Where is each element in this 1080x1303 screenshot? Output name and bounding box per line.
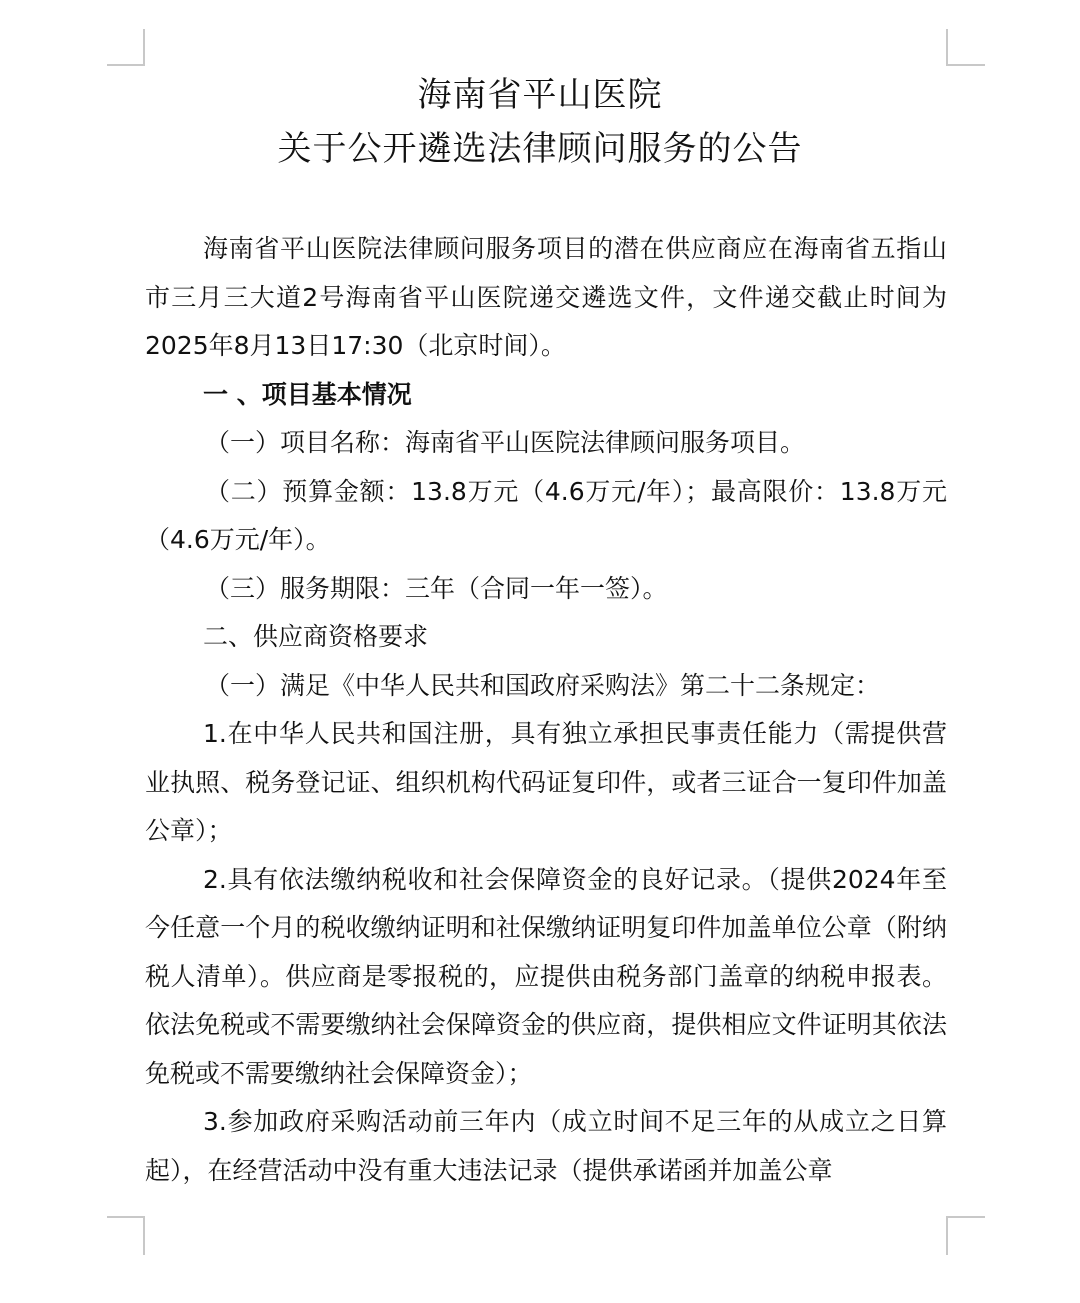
page-corner-mark-bottom-left <box>107 1216 145 1255</box>
document-body: 海南省平山医院法律顾问服务项目的潜在供应商应在海南省五指山市三月三大道2号海南省… <box>145 225 947 1195</box>
requirement-3: 3.参加政府采购活动前三年内（成立时间不足三年的从成立之日算起），在经营活动中没… <box>145 1098 947 1195</box>
service-term-item: （三）服务期限：三年（合同一年一签）。 <box>145 565 947 614</box>
page-corner-mark-top-left <box>107 29 145 66</box>
section2-sub1: （一）满足《中华人民共和国政府采购法》第二十二条规定： <box>145 662 947 711</box>
section1-heading: 一 、项目基本情况 <box>145 371 947 420</box>
project-name-item: （一）项目名称：海南省平山医院法律顾问服务项目。 <box>145 419 947 468</box>
budget-item: （二）预算金额：13.8万元（4.6万元/年）；最高限价：13.8万元（4.6万… <box>145 468 947 565</box>
document-title-line2: 关于公开遴选法律顾问服务的公告 <box>0 124 1080 174</box>
document-title-line1: 海南省平山医院 <box>0 70 1080 120</box>
requirement-2: 2.具有依法缴纳税收和社会保障资金的良好记录。（提供2024年至今任意一个月的税… <box>145 856 947 1099</box>
page-corner-mark-top-right <box>946 29 985 66</box>
intro-paragraph: 海南省平山医院法律顾问服务项目的潜在供应商应在海南省五指山市三月三大道2号海南省… <box>145 225 947 371</box>
page-corner-mark-bottom-right <box>946 1216 985 1255</box>
section2-heading: 二、供应商资格要求 <box>145 613 947 662</box>
requirement-1: 1.在中华人民共和国注册，具有独立承担民事责任能力（需提供营业执照、税务登记证、… <box>145 710 947 856</box>
